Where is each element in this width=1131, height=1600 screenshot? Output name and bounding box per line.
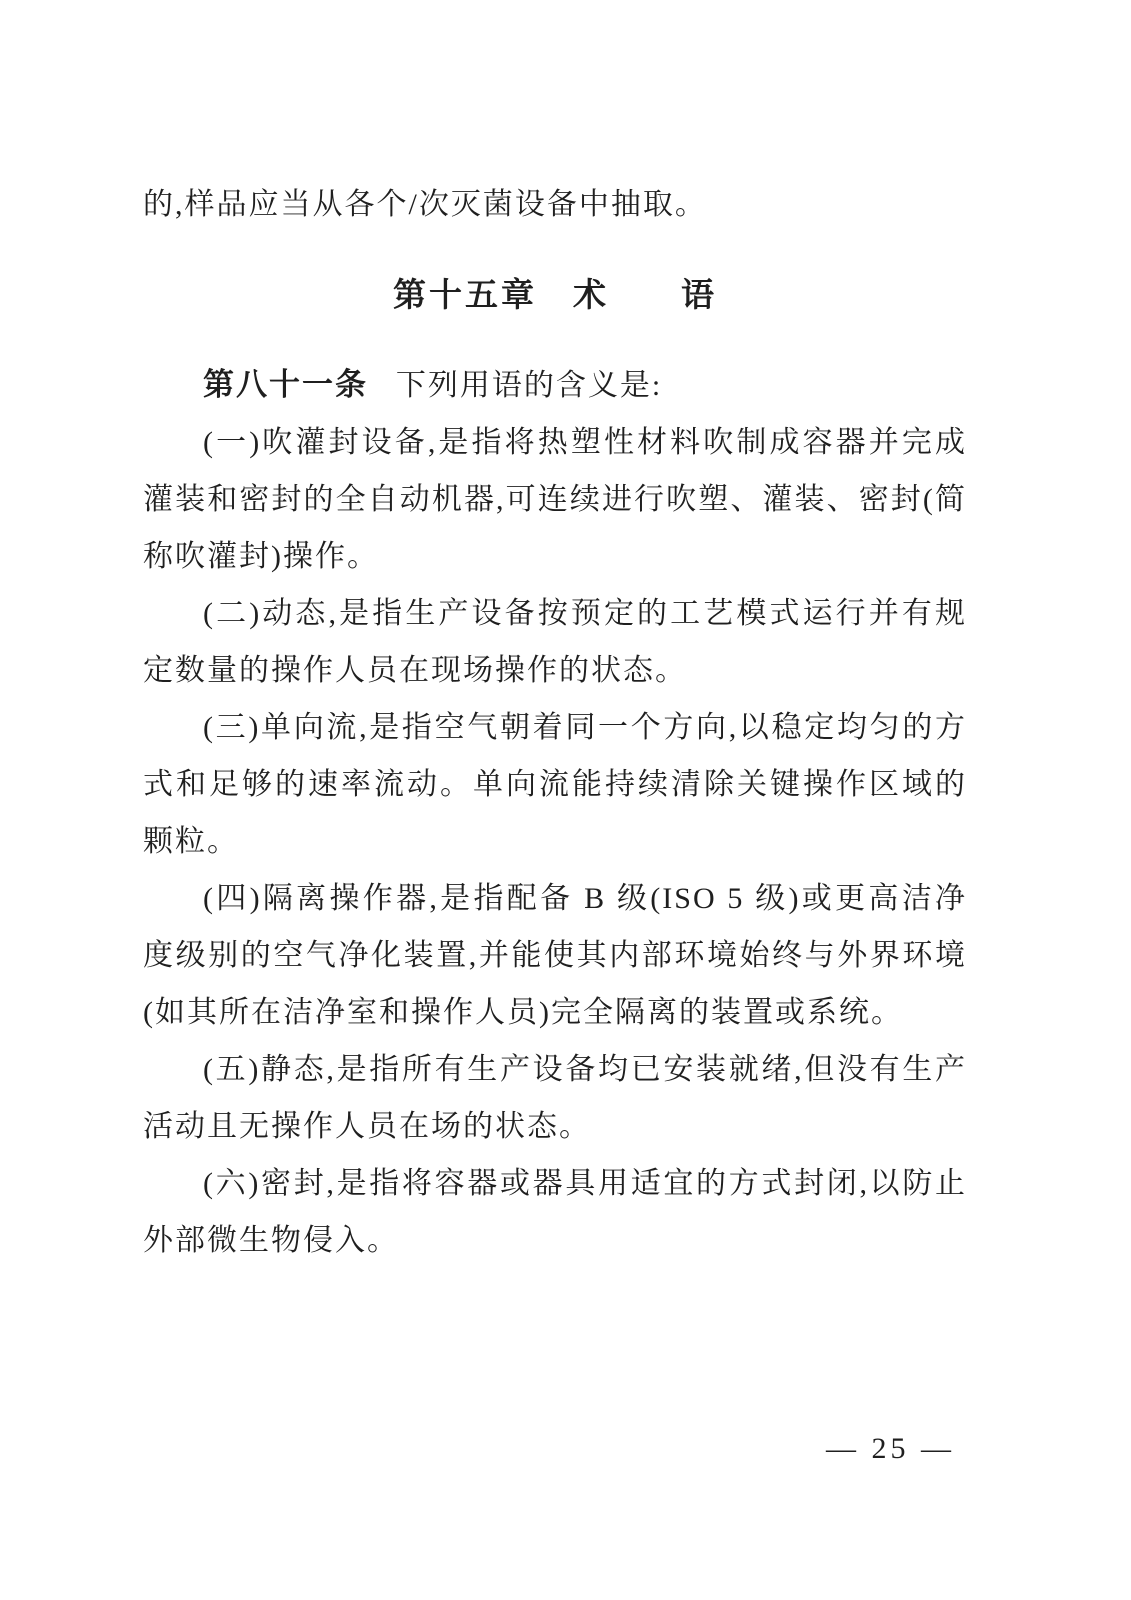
article-text: 下列用语的含义是: <box>396 369 662 402</box>
term-definition-6: (六)密封,是指将容器或器具用适宜的方式封闭,以防止外部微生物侵入。 <box>143 1155 967 1269</box>
page-number: — 25 — <box>826 1432 955 1466</box>
intro-paragraph: 的,样品应当从各个/次灭菌设备中抽取。 <box>143 176 967 233</box>
term-definition-4: (四)隔离操作器,是指配备 B 级(ISO 5 级)或更高洁净度级别的空气净化装… <box>143 870 967 1041</box>
document-page: 的,样品应当从各个/次灭菌设备中抽取。 第十五章 术 语 第八十一条下列用语的含… <box>0 0 1131 1600</box>
term-definition-3: (三)单向流,是指空气朝着同一个方向,以稳定均匀的方式和足够的速率流动。单向流能… <box>143 699 967 870</box>
article-paragraph: 第八十一条下列用语的含义是: <box>143 356 967 414</box>
term-definition-5: (五)静态,是指所有生产设备均已安装就绪,但没有生产活动且无操作人员在场的状态。 <box>143 1041 967 1155</box>
term-definition-1: (一)吹灌封设备,是指将热塑性材料吹制成容器并完成灌装和密封的全自动机器,可连续… <box>143 414 967 585</box>
article-number-label: 第八十一条 <box>203 367 368 402</box>
chapter-heading: 第十五章 术 语 <box>143 266 967 323</box>
term-definition-2: (二)动态,是指生产设备按预定的工艺模式运行并有规定数量的操作人员在现场操作的状… <box>143 585 967 699</box>
document-body: 的,样品应当从各个/次灭菌设备中抽取。 第十五章 术 语 第八十一条下列用语的含… <box>143 176 967 1269</box>
